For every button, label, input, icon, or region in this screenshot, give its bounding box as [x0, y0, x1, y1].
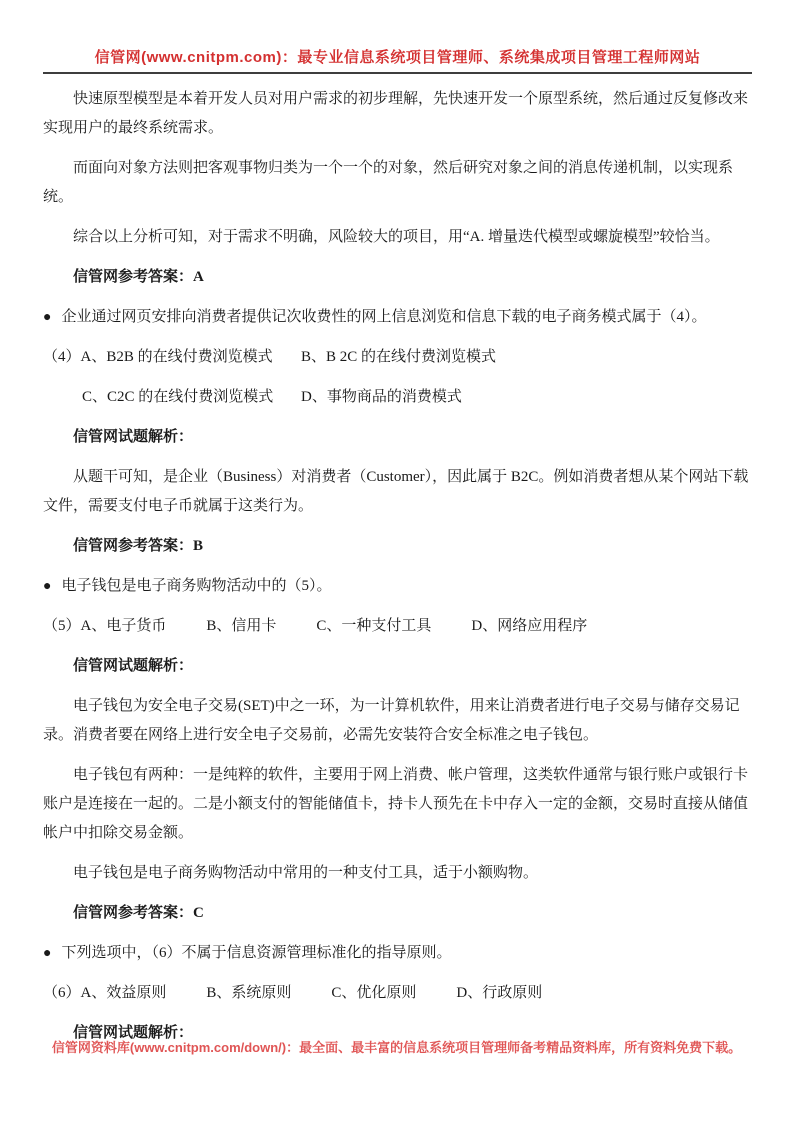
site-footer-link-line: 信管网资料库(www.cnitpm.com/down/)：最全面、最丰富的信息系… [0, 1037, 793, 1056]
intro-paragraph-1: 快速原型模型是本着开发人员对用户需求的初步理解，先快速开发一个原型系统，然后通过… [43, 85, 752, 143]
option-q4-d: D、事物商品的消费模式 [301, 389, 462, 405]
document-page: 信管网(www.cnitpm.com)：最专业信息系统项目管理师、系统集成项目管… [0, 0, 793, 1122]
option-q6-d: D、行政原则 [456, 985, 542, 1001]
document-body: 快速原型模型是本着开发人员对用户需求的初步理解，先快速开发一个原型系统，然后通过… [43, 85, 752, 1048]
option-q5-a: （5）A、电子货币 [43, 618, 166, 634]
analysis-text-q4: 从题干可知，是企业（Business）对消费者（Customer），因此属于 B… [43, 463, 752, 521]
question-4-options-row-2: C、C2C 的在线付费浏览模式D、事物商品的消费模式 [43, 383, 752, 412]
bullet-icon: ● [43, 579, 51, 594]
question-4: ●企业通过网页安排向消费者提供记次收费性的网上信息浏览和信息下载的电子商务模式属… [43, 303, 752, 332]
intro-paragraph-3: 综合以上分析可知，对于需求不明确，风险较大的项目，用“A. 增量迭代模型或螺旋模… [43, 223, 752, 252]
option-q4-b: B、B 2C 的在线付费浏览模式 [301, 349, 496, 365]
reference-answer-q5: 信管网参考答案：C [43, 899, 752, 928]
option-q5-b: B、信用卡 [206, 618, 276, 634]
question-4-options-row-1: （4）A、B2B 的在线付费浏览模式B、B 2C 的在线付费浏览模式 [43, 343, 752, 372]
analysis-text-q5-2: 电子钱包有两种：一是纯粹的软件，主要用于网上消费、帐户管理，这类软件通常与银行账… [43, 761, 752, 848]
option-q5-c: C、一种支付工具 [316, 618, 431, 634]
option-q5-d: D、网络应用程序 [471, 618, 587, 634]
question-5-options: （5）A、电子货币B、信用卡C、一种支付工具D、网络应用程序 [43, 612, 752, 641]
analysis-text-q5-1: 电子钱包为安全电子交易(SET)中之一环，为一计算机软件，用来让消费者进行电子交… [43, 692, 752, 750]
question-6-options: （6）A、效益原则B、系统原则C、优化原则D、行政原则 [43, 979, 752, 1008]
site-header-banner: 信管网(www.cnitpm.com)：最专业信息系统项目管理师、系统集成项目管… [43, 46, 752, 67]
question-5-stem: 电子钱包是电子商务购物活动中的（5）。 [61, 578, 331, 594]
question-5: ●电子钱包是电子商务购物活动中的（5）。 [43, 572, 752, 601]
bullet-icon: ● [43, 946, 51, 961]
analysis-heading-q5: 信管网试题解析： [43, 652, 752, 681]
analysis-heading-q4: 信管网试题解析： [43, 423, 752, 452]
analysis-text-q5-3: 电子钱包是电子商务购物活动中常用的一种支付工具，适于小额购物。 [43, 859, 752, 888]
question-4-stem: 企业通过网页安排向消费者提供记次收费性的网上信息浏览和信息下载的电子商务模式属于… [61, 309, 706, 325]
reference-answer-q3: 信管网参考答案：A [43, 263, 752, 292]
option-q6-b: B、系统原则 [206, 985, 291, 1001]
bullet-icon: ● [43, 310, 51, 325]
intro-paragraph-2: 而面向对象方法则把客观事物归类为一个一个的对象，然后研究对象之间的消息传递机制，… [43, 154, 752, 212]
option-q6-a: （6）A、效益原则 [43, 985, 166, 1001]
option-q4-a: （4）A、B2B 的在线付费浏览模式 [43, 343, 301, 372]
question-6-stem: 下列选项中，（6）不属于信息资源管理标准化的指导原则。 [61, 945, 451, 961]
option-q6-c: C、优化原则 [331, 985, 416, 1001]
header-divider [43, 72, 752, 74]
option-q4-c: C、C2C 的在线付费浏览模式 [82, 383, 301, 412]
question-6: ●下列选项中，（6）不属于信息资源管理标准化的指导原则。 [43, 939, 752, 968]
reference-answer-q4: 信管网参考答案：B [43, 532, 752, 561]
